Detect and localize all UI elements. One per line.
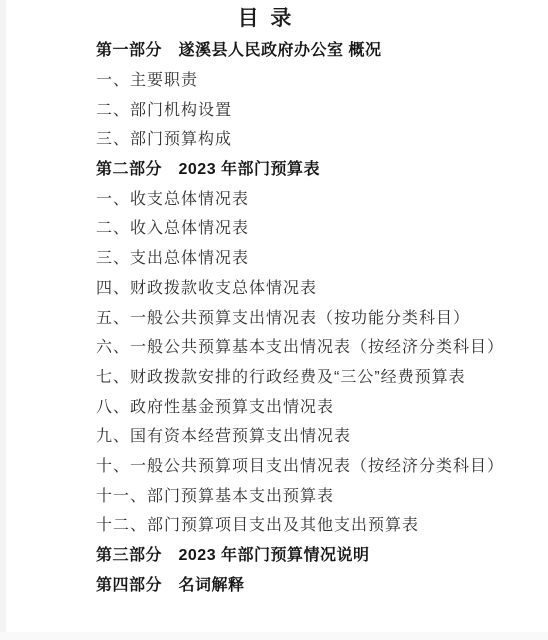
- toc-section-part3: 第三部分 2023 年部门预算情况说明: [96, 539, 540, 569]
- table-of-contents: 第一部分 遂溪县人民政府办公室 概况 一、主要职责 二、部门机构设置 三、部门预…: [0, 34, 548, 598]
- toc-entry: 二、收入总体情况表: [96, 212, 540, 242]
- toc-entry: 十一、部门预算基本支出预算表: [96, 479, 540, 509]
- toc-entry: 四、财政拨款收支总体情况表: [96, 272, 540, 302]
- toc-section-part1: 第一部分 遂溪县人民政府办公室 概况: [96, 34, 540, 64]
- document-page: 目 录 第一部分 遂溪县人民政府办公室 概况 一、主要职责 二、部门机构设置 三…: [0, 0, 548, 640]
- toc-entry: 五、一般公共预算支出情况表（按功能分类科目）: [96, 301, 540, 331]
- toc-entry: 八、政府性基金预算支出情况表: [96, 390, 540, 420]
- toc-entry: 三、部门预算构成: [96, 123, 540, 153]
- toc-entry: 三、支出总体情况表: [96, 242, 540, 272]
- toc-section-part2: 第二部分 2023 年部门预算表: [96, 153, 540, 183]
- toc-section-part4: 第四部分 名词解释: [96, 568, 540, 598]
- toc-entry: 二、部门机构设置: [96, 93, 540, 123]
- page-bottom-edge: [0, 632, 548, 640]
- toc-entry: 七、财政拨款安排的行政经费及“三公”经费预算表: [96, 361, 540, 391]
- toc-content: 目 录 第一部分 遂溪县人民政府办公室 概况 一、主要职责 二、部门机构设置 三…: [0, 0, 548, 598]
- toc-entry: 六、一般公共预算基本支出情况表（按经济分类科目）: [96, 331, 540, 361]
- toc-entry: 十、一般公共预算项目支出情况表（按经济分类科目）: [96, 450, 540, 480]
- toc-entry: 九、国有资本经营预算支出情况表: [96, 420, 540, 450]
- page-title: 目 录: [0, 4, 548, 34]
- toc-entry: 十二、部门预算项目支出及其他支出预算表: [96, 509, 540, 539]
- toc-entry: 一、收支总体情况表: [96, 182, 540, 212]
- toc-entry: 一、主要职责: [96, 64, 540, 94]
